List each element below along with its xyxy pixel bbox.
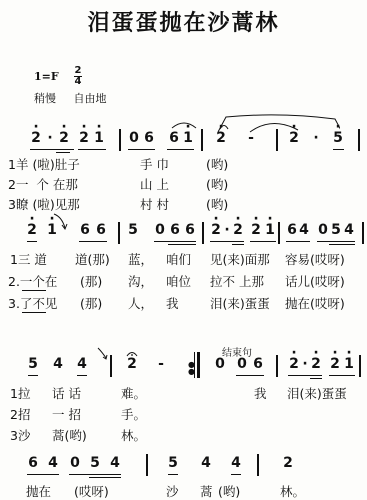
note: 2	[211, 222, 221, 238]
dash: -	[156, 356, 166, 372]
lyric: 2招	[10, 405, 30, 423]
lyric: 蒿	[200, 482, 213, 500]
lyric: 抛在	[26, 482, 51, 500]
beam	[317, 241, 355, 242]
note: 0	[215, 356, 225, 372]
bar-line	[358, 129, 360, 151]
lyric: 道(那)	[75, 250, 110, 268]
bar-line	[110, 355, 112, 377]
tempo-marking: 稍慢 自由地	[34, 90, 121, 106]
note: 0	[237, 356, 247, 372]
beam	[28, 375, 38, 376]
time-numerator: 2	[74, 66, 82, 76]
slur	[170, 118, 200, 130]
lyric: 3沙	[10, 426, 30, 444]
beam	[69, 474, 121, 475]
note: 0	[70, 455, 80, 471]
lyric: 1三 道	[10, 250, 47, 268]
beam	[329, 375, 355, 376]
fermata-icon	[125, 349, 139, 357]
lyric: 2.一个在	[8, 272, 57, 290]
beam	[27, 241, 37, 242]
note: 4	[77, 356, 87, 372]
lyric: 沙	[166, 482, 179, 500]
note: 4	[299, 222, 309, 238]
lyric: (那)	[80, 294, 102, 312]
beam	[168, 474, 178, 475]
note: 6	[287, 222, 297, 238]
lyric: (哎呀)	[74, 482, 109, 500]
lyric: 1拉	[10, 384, 30, 402]
lyric-line-2: 2一 个 在那	[8, 175, 78, 193]
lyric: 咱们	[166, 250, 191, 268]
underline	[22, 290, 46, 291]
beam	[232, 244, 244, 245]
lyric: (哟)	[206, 175, 228, 193]
note: 1	[183, 130, 193, 146]
note: 2	[27, 222, 37, 238]
bar-line	[276, 355, 278, 377]
lyric: (那)	[80, 272, 102, 290]
note: 6	[185, 222, 195, 238]
note: 2	[289, 356, 299, 372]
note: 0	[129, 130, 139, 146]
note: 2	[283, 455, 293, 471]
note: 2	[59, 130, 69, 146]
note: 6	[80, 222, 90, 238]
lyric: 一 招	[52, 405, 81, 423]
note: 2	[79, 130, 89, 146]
lyric: 泪(来)蛋蛋	[287, 384, 347, 402]
tie-arcs	[210, 112, 340, 134]
note: 5	[28, 356, 38, 372]
beam	[154, 241, 196, 242]
note: 1	[344, 356, 354, 372]
bar-line	[278, 222, 280, 244]
repeat-bar-thin	[194, 352, 195, 378]
note: 2	[31, 130, 41, 146]
beam	[236, 375, 264, 376]
note: 4	[201, 455, 211, 471]
note: 4	[53, 356, 63, 372]
repeat-bar-thick	[197, 352, 200, 378]
bar-line	[119, 129, 121, 151]
lyric: 我	[166, 294, 179, 312]
lyric: 蒿(哟)	[52, 426, 87, 444]
lyric: 话儿(哎呀)	[285, 272, 345, 290]
note: 6	[144, 130, 154, 146]
bar-line	[362, 222, 364, 244]
beam	[333, 149, 344, 150]
lyric: 咱位	[166, 272, 191, 290]
bar-line	[146, 454, 148, 476]
expression-term: 自由地	[74, 92, 107, 105]
beam	[79, 241, 107, 242]
lyric: 拉不 上那	[210, 272, 264, 290]
note: 2	[251, 222, 261, 238]
lyric: 容易(哎呀)	[285, 250, 345, 268]
lyric: 蓝，	[128, 250, 153, 268]
note: 5	[168, 455, 178, 471]
note: 2	[330, 356, 340, 372]
time-denominator: 4	[74, 77, 82, 87]
beam	[310, 378, 322, 379]
note: 5	[331, 222, 341, 238]
time-signature: 2 4	[74, 66, 82, 87]
note: 6	[253, 356, 263, 372]
note: 2	[311, 356, 321, 372]
note: 1	[94, 130, 104, 146]
beam	[167, 149, 194, 150]
beam	[288, 375, 322, 376]
lyric: (哟)	[218, 482, 240, 500]
bar-line	[202, 222, 204, 244]
note: 5	[90, 455, 100, 471]
beam	[78, 149, 106, 150]
lyric: 沟，	[128, 272, 153, 290]
note: 6	[96, 222, 106, 238]
beam	[30, 149, 74, 150]
lyric: 人，	[128, 294, 153, 312]
beam	[77, 375, 87, 376]
lyric-line-3: 3瞭 (啦)见那	[8, 195, 80, 213]
note: 2	[233, 222, 243, 238]
note: 4	[48, 455, 58, 471]
beam	[56, 152, 70, 153]
lyric: 话 话	[52, 384, 81, 402]
lyric: 手 巾	[140, 155, 169, 173]
note: 4	[110, 455, 120, 471]
note: 6	[169, 130, 179, 146]
lyric: (哟)	[206, 155, 228, 173]
lyric: (啦)肚子	[32, 157, 79, 172]
lyric: 林。	[280, 482, 305, 500]
note: 4	[344, 222, 354, 238]
lyric: 山 上	[140, 175, 169, 193]
beam	[27, 474, 59, 475]
lyric: 3.了不见	[8, 294, 57, 312]
bar-line	[118, 222, 120, 244]
beam	[286, 241, 310, 242]
lyric: (啦)见那	[32, 197, 79, 212]
note: 4	[231, 455, 241, 471]
glissando-arrow	[96, 346, 110, 362]
lyric: 2一	[8, 177, 28, 192]
note: 2	[127, 356, 137, 372]
bar-line	[257, 454, 259, 476]
lyric: 林。	[121, 426, 146, 444]
lyric-line-1: 1羊 (啦)肚子	[8, 155, 80, 173]
underline	[22, 312, 46, 313]
lyric: 村 村	[140, 195, 169, 213]
beam	[89, 477, 121, 478]
beam	[210, 241, 244, 242]
beam	[128, 149, 155, 150]
lyric: 难。	[121, 384, 146, 402]
lyric: 3瞭	[8, 197, 28, 212]
beam	[329, 244, 355, 245]
beam	[250, 241, 276, 242]
glissando-arrow	[52, 212, 70, 232]
tempo-term: 稍慢	[34, 92, 56, 105]
note: 0	[155, 222, 165, 238]
lyric: 1羊	[8, 157, 28, 172]
beam	[231, 474, 241, 475]
key-signature: 1=F	[34, 70, 59, 83]
lyric: 抛在(哎呀)	[285, 294, 345, 312]
note: 0	[318, 222, 328, 238]
note: 5	[128, 222, 138, 238]
dot: ·	[300, 356, 310, 372]
lyric: 个 在那	[36, 177, 77, 192]
note: 1	[265, 222, 275, 238]
beam	[168, 244, 196, 245]
bar-line	[201, 129, 203, 151]
dot: ·	[45, 130, 55, 146]
lyric: 我	[254, 384, 267, 402]
note: 6	[170, 222, 180, 238]
lyric: 见(来)面那	[210, 250, 270, 268]
dot: ·	[222, 222, 232, 238]
score-title: 泪蛋蛋抛在沙蒿林	[0, 6, 367, 37]
bar-line	[359, 355, 361, 377]
note: 6	[28, 455, 38, 471]
lyric: 手。	[121, 405, 146, 423]
lyric: 泪(来)蛋蛋	[210, 294, 270, 312]
